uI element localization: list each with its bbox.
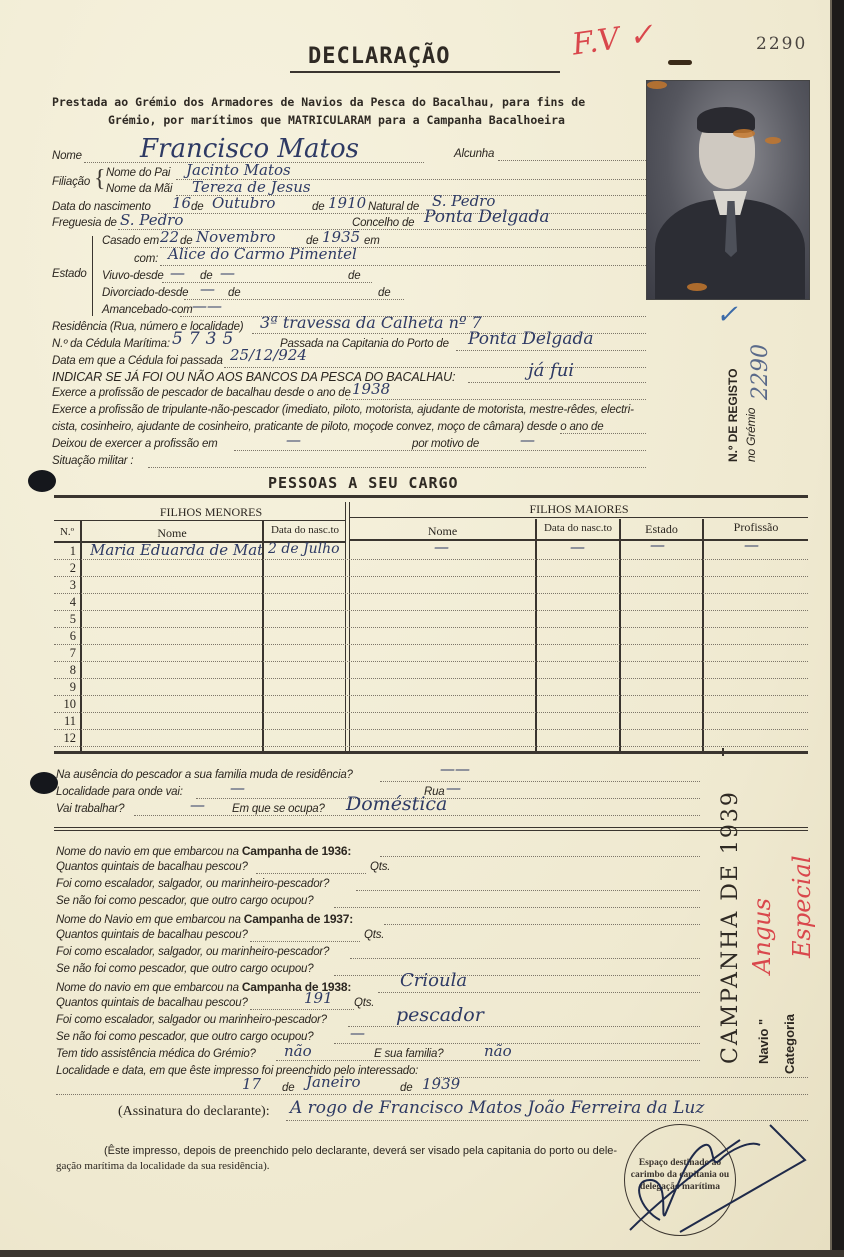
nascimento-dia: 16 xyxy=(172,194,191,212)
de-label: de xyxy=(348,270,360,282)
localidade-label: Localidade para onde vai: xyxy=(56,786,183,798)
concelho-label: Concelho de xyxy=(352,217,414,229)
portrait-photo xyxy=(646,80,810,300)
estado-label: Estado xyxy=(52,268,87,280)
capitania-value: Ponta Delgada xyxy=(468,329,593,349)
alcunha-label: Alcunha xyxy=(454,148,494,160)
campanha-1938-quintais-label: Quantos quintais de bacalhau pescou? xyxy=(56,997,248,1009)
campanha-1936-quintais-label: Quantos quintais de bacalhau pescou? xyxy=(56,861,248,873)
row-number: 2 xyxy=(54,561,76,576)
punch-hole xyxy=(30,772,58,794)
pai-value: Jacinto Matos xyxy=(186,161,291,179)
col-data-menores: Data do nasc.to xyxy=(264,524,346,536)
viuvo-month-value: — xyxy=(220,264,235,282)
date-month: Janeiro xyxy=(306,1073,361,1091)
registry-label-gremio: no Grémio xyxy=(744,408,758,462)
familia-label: E sua familia? xyxy=(374,1048,443,1060)
casado-mes: Novembro xyxy=(196,228,276,246)
row-number: 3 xyxy=(54,578,76,593)
de-label: de xyxy=(378,287,390,299)
nascimento-mes: Outubro xyxy=(212,194,275,212)
casado-label: Casado em xyxy=(102,235,159,247)
row-number: 11 xyxy=(54,714,76,729)
de-label: de xyxy=(228,287,240,299)
campanha-1938-outro-value: — xyxy=(350,1024,365,1042)
pescador-desde-label: Exerce a profissão de pescador de bacalh… xyxy=(52,387,351,399)
de-label: de xyxy=(400,1082,412,1094)
registry-value: 2290 xyxy=(748,344,773,400)
col-estado: Estado xyxy=(621,522,702,537)
maiores-group-header: FILHOS MAIORES xyxy=(350,502,808,517)
localidade-value: — xyxy=(230,779,245,797)
declaration-form: DECLARAÇÃO F.V ✓ 2290 Prestada ao Grémio… xyxy=(0,0,832,1250)
row-number: 5 xyxy=(54,612,76,627)
de-label: de xyxy=(312,201,324,213)
row-number: 1 xyxy=(54,544,76,559)
militar-label: Situação militar : xyxy=(52,455,133,467)
ocupa-value: Doméstica xyxy=(346,793,447,815)
maior-1-profissao: — xyxy=(744,536,759,554)
cedula-data-value: 25/12/924 xyxy=(230,346,307,364)
deixou-value: — xyxy=(286,431,301,449)
row-number: 7 xyxy=(54,646,76,661)
assinatura-value: A rogo de Francisco Matos João Ferreira … xyxy=(290,1098,704,1118)
freguesia-label: Freguesia de xyxy=(52,217,117,229)
campanha-1937-navio-label: Nome do Navio em que embarcou na Campanh… xyxy=(56,912,353,926)
col-nome-maiores: Nome xyxy=(350,524,535,539)
scan-edge xyxy=(832,0,844,1257)
menor-1-data: 2 de Julho xyxy=(268,541,340,557)
motivo-value: — xyxy=(520,431,535,449)
em-label: em xyxy=(364,235,380,247)
deixou-label: Deixou de exercer a profissão em xyxy=(52,438,218,450)
casado-ano: 1935 xyxy=(322,228,360,246)
section-title-dependents: PESSOAS A SEU CARGO xyxy=(268,474,459,492)
row-number: 10 xyxy=(54,697,76,712)
motivo-label: por motivo de xyxy=(412,438,479,450)
date-day: 17 xyxy=(242,1075,261,1093)
official-signature xyxy=(620,1120,810,1240)
col-data-maiores: Data do nasc.to xyxy=(537,522,619,534)
campanha-1937-outro-label: Se não foi como pescador, que outro carg… xyxy=(56,963,313,975)
local-data-label: Localidade e data, em que êste impresso … xyxy=(56,1065,418,1077)
menor-1-nome: Maria Eduarda de Matos xyxy=(90,541,262,559)
cedula-label: N.º da Cédula Marítima: xyxy=(52,338,170,350)
side-stamp-campanha: CAMPANHA DE 1939 xyxy=(718,790,743,1064)
campanha-1938-quintais-value: 191 xyxy=(304,989,333,1007)
check-icon: ✓ xyxy=(716,300,738,330)
campanha-1938-navio-value: Crioula xyxy=(400,970,467,991)
date-year: 1939 xyxy=(422,1075,460,1093)
staple-mark xyxy=(668,60,692,65)
ausencia-value: —— xyxy=(440,760,470,778)
cedula-data-label: Data em que a Cédula foi passada xyxy=(52,355,223,367)
campanha-1936-navio-label: Nome do navio em que embarcou na Campanh… xyxy=(56,844,351,858)
qts-label: Qts. xyxy=(370,861,390,873)
viuvo-value: — xyxy=(170,264,185,282)
casado-dia: 22 xyxy=(160,228,179,246)
note-line-1: (Êste impresso, depois de preenchido pel… xyxy=(104,1145,617,1157)
row-number: 12 xyxy=(54,731,76,746)
viuvo-label: Viuvo-desde xyxy=(102,270,164,282)
qts-label: Qts. xyxy=(354,997,374,1009)
scan-edge xyxy=(0,1250,844,1257)
de-label: de xyxy=(282,1082,294,1094)
assinatura-label: (Assinatura do declarante): xyxy=(118,1104,270,1120)
campanha-1937-funcao-label: Foi como escalador, salgador, ou marinhe… xyxy=(56,946,329,958)
brace: { xyxy=(94,167,106,191)
divorciado-value: — xyxy=(200,280,215,298)
side-stamp-categoria-value: Especial xyxy=(788,855,816,958)
com-label: com: xyxy=(134,253,158,265)
bancos-label: INDICAR SE JÁ FOI OU NÃO AOS BANCOS DA P… xyxy=(52,370,455,384)
divorciado-label: Divorciado-desde xyxy=(102,287,188,299)
row-number: 9 xyxy=(54,680,76,695)
rua-value: — xyxy=(446,779,461,797)
row-number: 6 xyxy=(54,629,76,644)
pai-label: Nome do Pai xyxy=(106,167,170,179)
residencia-value: 3ª travessa da Calheta nº 7 xyxy=(260,313,482,332)
campanha-1938-outro-label: Se não foi como pescador, que outro carg… xyxy=(56,1031,313,1043)
pescador-desde-value: 1938 xyxy=(352,380,390,398)
campanha-1937-quintais-label: Quantos quintais de bacalhau pescou? xyxy=(56,929,248,941)
maior-1-estado: — xyxy=(650,536,665,554)
side-stamp-categoria-label: Categoria xyxy=(782,1014,797,1074)
nome-label: Nome xyxy=(52,150,82,162)
campanha-1938-funcao-value: pescador xyxy=(396,1004,484,1026)
trabalhar-value: — xyxy=(190,796,205,814)
assistencia-label: Tem tido assistência médica do Grémio? xyxy=(56,1048,256,1060)
concelho-value: Ponta Delgada xyxy=(424,207,549,227)
com-value: Alice do Carmo Pimentel xyxy=(168,245,357,263)
trabalhar-label: Vai trabalhar? xyxy=(56,803,124,815)
bancos-value: já fui xyxy=(528,360,574,381)
title-underline xyxy=(290,71,560,73)
punch-hole xyxy=(28,470,56,492)
document-number: 2290 xyxy=(756,34,807,54)
campanha-1936-funcao-label: Foi como escalador, salgador, ou marinhe… xyxy=(56,878,329,890)
ausencia-label: Na ausência do pescador a sua familia mu… xyxy=(56,769,353,781)
ocupa-label: Em que se ocupa? xyxy=(232,803,325,815)
row-number: 4 xyxy=(54,595,76,610)
amancebado-label: Amancebado-com xyxy=(102,304,193,316)
de-label: de xyxy=(191,201,203,213)
side-stamp-navio-label: Navio " xyxy=(756,1019,771,1064)
filiacao-label: Filiação xyxy=(52,176,90,188)
familia-value: não xyxy=(484,1042,512,1060)
nome-value: Francisco Matos xyxy=(140,134,359,164)
intro-line-1: Prestada ao Grémio dos Armadores de Navi… xyxy=(52,95,646,109)
freguesia-value: S. Pedro xyxy=(120,211,183,229)
col-profissao: Profissão xyxy=(704,520,808,535)
red-annotation: F.V ✓ xyxy=(570,16,656,62)
maior-1-data: — xyxy=(570,538,585,556)
tripulante-label-1: Exerce a profissão de tripulante-não-pes… xyxy=(52,404,652,416)
assistencia-value: não xyxy=(284,1042,312,1060)
col-nome-menores: Nome xyxy=(82,526,262,541)
mae-label: Nome da Mãi xyxy=(106,183,172,195)
amancebado-value: —— xyxy=(192,297,222,315)
nascimento-ano: 1910 xyxy=(328,194,366,212)
campanha-1936-outro-label: Se não foi como pescador, que outro carg… xyxy=(56,895,313,907)
side-stamp-navio-value: Angus xyxy=(748,898,776,974)
intro-line-2: Grémio, por marítimos que MATRICULARAM p… xyxy=(108,113,646,127)
col-n: N.º xyxy=(54,526,80,538)
row-number: 8 xyxy=(54,663,76,678)
natural-label: Natural de xyxy=(368,201,419,213)
page-title: DECLARAÇÃO xyxy=(308,44,450,69)
note-line-2: gação marítima da localidade da sua resi… xyxy=(56,1160,269,1172)
maior-1-nome: — xyxy=(434,538,449,556)
registry-label: N.º DE REGISTO xyxy=(726,368,740,462)
qts-label: Qts. xyxy=(364,929,384,941)
menores-group-header: FILHOS MENORES xyxy=(80,505,342,520)
campanha-1938-funcao-label: Foi como escalador, salgador ou marinhei… xyxy=(56,1014,327,1026)
